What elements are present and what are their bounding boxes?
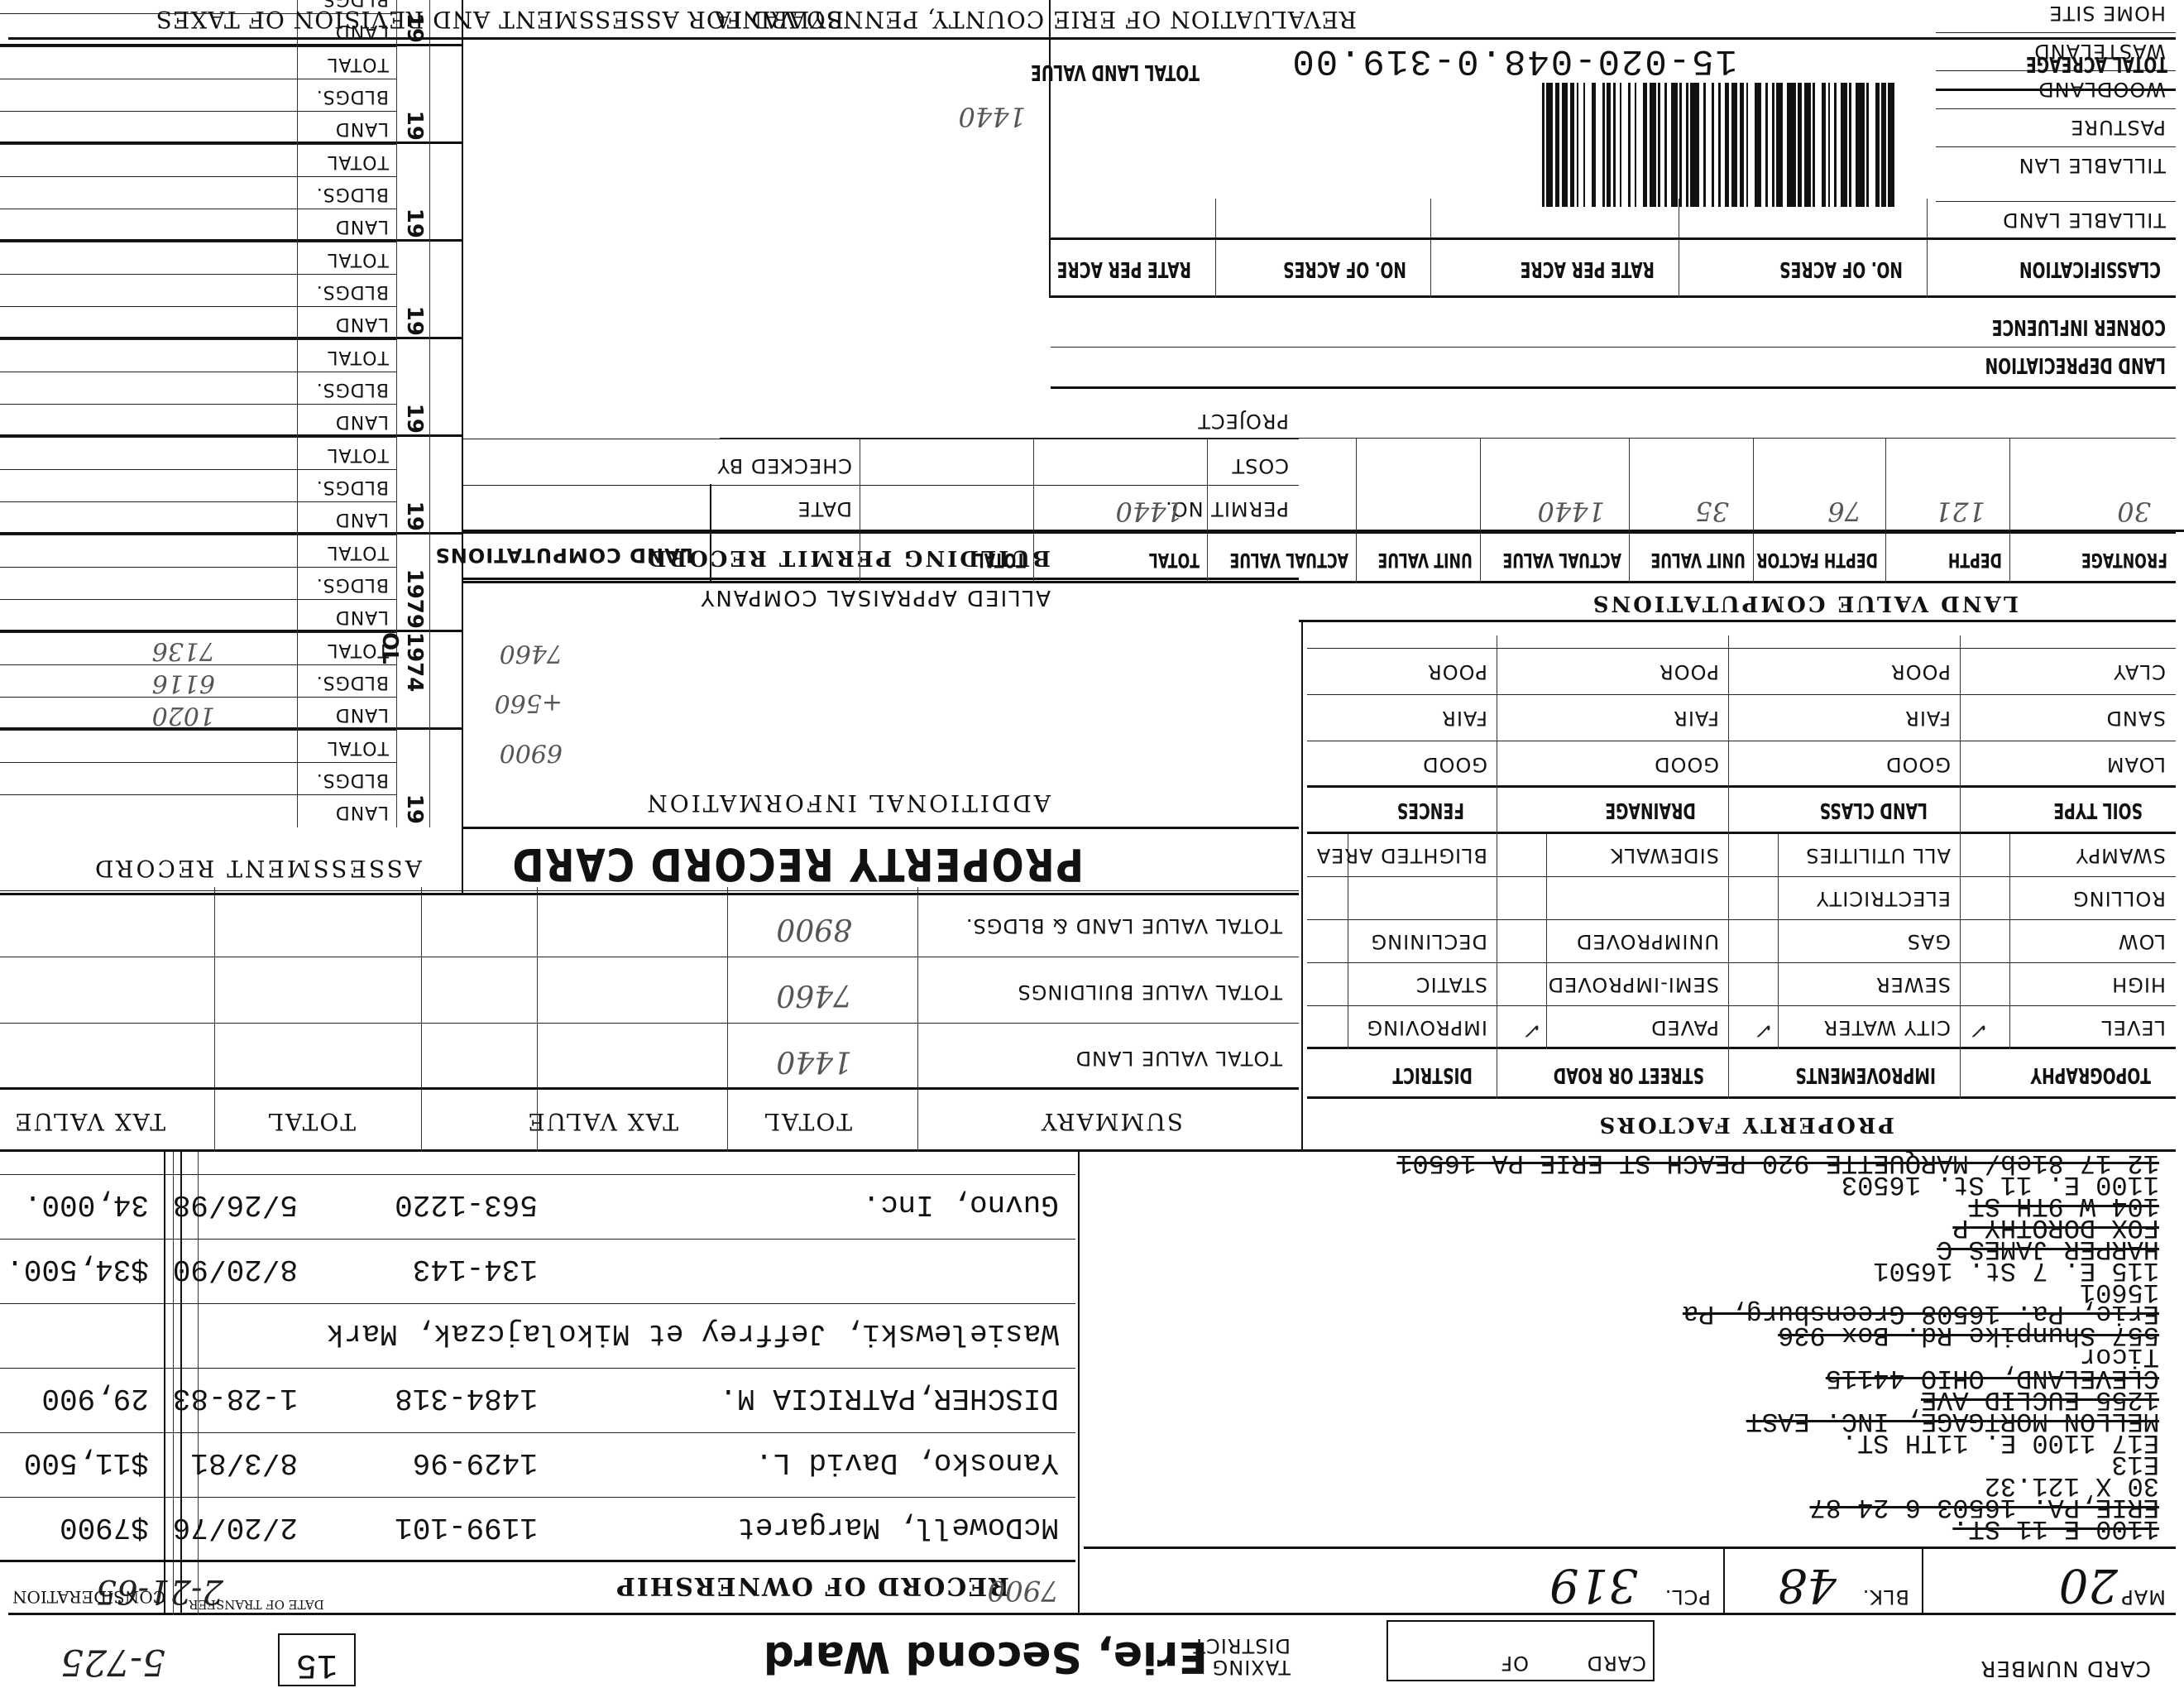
assessment-row-label: LAND <box>335 216 389 237</box>
header-board: BOARD FOR ASSESSMENT AND REVISION OF TAX… <box>156 6 844 33</box>
taxing-district-label: TAXING DISTRICT <box>1200 1635 1291 1678</box>
assessment-value[interactable]: 6116 <box>152 669 215 698</box>
lv-cell[interactable]: 1440 <box>1116 496 1183 527</box>
assessment-year: 19 <box>402 306 427 336</box>
assessment-year-block: 1979LANDBLDGS.TOTAL <box>0 535 463 632</box>
land-value-table: FRONTAGEDEPTHDEPTH FACTORUNIT VALUEACTUA… <box>463 484 2176 583</box>
consideration: $7900 <box>60 1510 149 1544</box>
consideration: 34,000. <box>24 1187 149 1221</box>
assessment-year: 19 <box>402 794 427 824</box>
owner-line: 30 X 121.32 <box>1092 1475 2159 1496</box>
land-computations-label: LAND COMPUTATIONS <box>435 544 694 567</box>
pf-option[interactable]: SEWER <box>1875 973 1951 996</box>
summary-col-header: TOTAL <box>763 1108 852 1135</box>
deed-book: 1199-101 <box>395 1510 538 1544</box>
additional-information-panel: ADDITIONAL INFORMATION 6900 +560 7460 AL… <box>463 363 1299 829</box>
lv-cell[interactable]: 30 <box>2117 496 2151 527</box>
acre-col-header: NO. OF ACRES <box>1283 257 1406 281</box>
additional-info-label: ADDITIONAL INFORMATION <box>644 789 1051 817</box>
summary-row-total: 7460 <box>776 978 852 1012</box>
assessment-row-label: LAND <box>335 314 389 334</box>
assessment-row-label: BLDGS. <box>316 379 389 400</box>
blk-field[interactable]: BLK. 48 <box>1729 1549 1919 1615</box>
soil-option[interactable]: POOR <box>1659 660 1719 683</box>
soil-col-header: SOIL TYPE <box>2053 798 2143 822</box>
pf-option[interactable]: SWAMPY <box>2076 844 2166 867</box>
lv-col-header: DEPTH FACTOR <box>1756 549 1878 572</box>
assessment-value[interactable]: 1020 <box>152 701 215 730</box>
total-land-value <box>472 0 1051 298</box>
pf-option[interactable]: ELECTRICITY <box>1816 887 1951 910</box>
map-value: 20 <box>2059 1558 2118 1612</box>
district-code-box: 15 <box>278 1633 356 1686</box>
property-factors-title: PROPERTY FACTORS <box>1597 1112 1894 1137</box>
parcel-id: 15-020-048.0-319.00 <box>1291 40 1737 81</box>
pf-option[interactable]: LOW <box>2118 930 2166 953</box>
soil-option[interactable]: CLAY <box>2113 660 2166 683</box>
pf-option[interactable]: CITY WATER <box>1823 1016 1951 1039</box>
pf-col-header: IMPROVEMENTS <box>1795 1062 1936 1087</box>
lv-cell[interactable]: 1440 <box>1538 496 1605 527</box>
pf-option[interactable]: STATIC <box>1415 973 1487 996</box>
pf-col-header: STREET OR ROAD <box>1554 1062 1704 1087</box>
pf-option[interactable]: BLIGHTED AREA <box>1316 844 1487 867</box>
acre-row-label: HOME SITE <box>2048 2 2166 25</box>
assessment-year-block: 19LANDBLDGS.TOTAL <box>0 437 463 535</box>
handwritten-code: 5-725 <box>60 1641 165 1683</box>
total-land-value-label: TOTAL LAND VALUE <box>1031 60 1200 84</box>
card-of-label: CARD <box>1587 1652 1646 1675</box>
soil-col-header: FENCES <box>1397 798 1464 822</box>
assessment-row-label: LAND <box>335 704 389 725</box>
lv-col-header: UNIT VALUE <box>1377 549 1473 572</box>
pf-option[interactable]: PAVED <box>1650 1016 1719 1039</box>
assessment-row-label: BLDGS. <box>316 574 389 595</box>
map-field[interactable]: MAP 20 <box>1928 1549 2176 1615</box>
assessment-year: 19 <box>402 209 427 238</box>
taxing-district-name: Erie, Second Ward <box>764 1632 1208 1681</box>
ownership-row: Guvno, Inc.563-12205/26/9834,000. <box>0 1175 1075 1240</box>
summary-table: SUMMARYTOTALTAX VALUETOTALTAX VALUETOTAL… <box>0 887 1299 1152</box>
permit-cost-label: COST <box>1231 454 1289 477</box>
pcl-value: 319 <box>1549 1558 1638 1612</box>
assessment-year-block: 19LANDBLDGS.TOTAL <box>0 144 463 242</box>
land-value-title: LAND VALUE COMPUTATIONS <box>1591 591 2019 616</box>
transfer-date: 1-28-83 <box>173 1381 298 1415</box>
lv-col-header: ACTUAL VALUE <box>1502 549 1621 572</box>
assessment-row-label: TOTAL <box>327 151 389 172</box>
soil-option[interactable]: GOOD <box>1885 753 1951 776</box>
pf-option[interactable]: ALL UTILITIES <box>1805 844 1951 867</box>
assessment-row-label: LAND <box>335 118 389 139</box>
total-acreage-label: TOTAL ACREAGE <box>2026 51 2167 76</box>
lv-col-header: ACTUAL VALUE <box>1229 549 1348 572</box>
acre-col-header: RATE PER ACRE <box>1057 257 1191 281</box>
assessment-row-label: BLDGS. <box>316 770 389 790</box>
deed-book: 1429-96 <box>413 1446 538 1479</box>
assessment-year-block: 19LANDBLDGS.TOTAL <box>0 46 463 144</box>
assessment-row-label: TOTAL <box>327 444 389 465</box>
assessment-row-label: LAND <box>335 509 389 530</box>
handwritten-notes: 6900 +560 7460 <box>495 628 563 777</box>
assessment-row-label: BLDGS. <box>316 184 389 204</box>
summary-row-total: 8900 <box>776 912 852 946</box>
soil-option[interactable]: SAND <box>2105 707 2166 730</box>
card-number-label: CARD NUMBER <box>1980 1657 2151 1680</box>
col-date-of-transfer: DATE OF TRANSFER <box>189 1597 323 1612</box>
check-mark-icon: ✓ <box>1971 1018 1990 1043</box>
assessment-year: 19 <box>402 501 427 531</box>
assessment-row-label: LAND <box>335 607 389 627</box>
summary-row-total: 1440 <box>776 1044 852 1078</box>
pf-option[interactable]: SIDEWALK <box>1610 844 1719 867</box>
summary-header: SUMMARYTOTALTAX VALUETOTALTAX VALUE <box>0 1090 1299 1152</box>
deed-book: 1484-318 <box>395 1381 538 1415</box>
lv-col-header: DEPTH <box>1948 549 2002 572</box>
lv-col-header: FRONTAGE <box>2081 549 2167 572</box>
assessment-record: 19LANDBLDGS.TOTAL1974 OLLAND1020BLDGS.61… <box>0 2 463 829</box>
lv-col-header: TOTAL <box>975 549 1026 572</box>
deed-book: 563-1220 <box>395 1187 538 1221</box>
card-of-box[interactable]: CARD OF <box>1387 1620 1655 1681</box>
consideration: $34,500. <box>6 1252 149 1286</box>
assessment-row-label: TOTAL <box>327 640 389 660</box>
transfer-date: 5/26/98 <box>173 1187 298 1221</box>
blk-value: 48 <box>1778 1558 1837 1612</box>
pcl-field[interactable]: PCL. 319 <box>1473 1549 1721 1615</box>
assessment-value[interactable]: 7136 <box>152 636 215 665</box>
pf-option[interactable]: UNIMPROVED <box>1576 930 1719 953</box>
pf-option[interactable]: ROLLING <box>2072 887 2166 910</box>
assessment-year-block: 19LANDBLDGS.TOTAL <box>0 730 463 827</box>
soil-option[interactable]: FAIR <box>1904 707 1951 730</box>
assessment-year: 19 <box>402 111 427 141</box>
summary-row-label: TOTAL VALUE LAND <box>1075 1047 1282 1070</box>
owner-line: 12-17-81eb/ MARQUETTE 920 PEACH ST ERIE … <box>1092 1152 2159 1173</box>
assessment-year-block: 19LANDBLDGS.TOTAL <box>0 242 463 339</box>
assessment-year-block: 19LANDBLDGS.TOTAL <box>0 339 463 437</box>
pf-option[interactable]: HIGH <box>2111 973 2166 996</box>
assessment-year-block: 1974 OLLAND1020BLDGS.6116TOTAL7136 <box>0 632 463 730</box>
ownership-title-note: 7900 <box>987 1574 1059 1607</box>
summary-row-label: TOTAL VALUE BUILDINGS <box>1018 981 1282 1004</box>
consideration: $11,500 <box>24 1446 149 1479</box>
card-of-sep: OF <box>1500 1652 1529 1675</box>
allied-appraisal-label: ALLIED APPRAISAL COMPANY <box>700 585 1051 610</box>
acre-col-header: RATE PER ACRE <box>1521 257 1655 281</box>
assessment-title: ASSESSMENT RECORD <box>93 855 422 882</box>
owner-name: Guvno, Inc. <box>862 1187 1059 1221</box>
title-band: PROPERTY RECORD CARD ASSESSMENT RECORD <box>0 829 1299 895</box>
soil-option[interactable]: FAIR <box>1441 707 1487 730</box>
consideration: 29,900 <box>41 1381 149 1415</box>
assessment-row-label: BLDGS. <box>316 86 389 107</box>
lv-cell[interactable]: 35 <box>1695 496 1729 527</box>
pf-option[interactable]: SEMI-IMPROVED <box>1548 973 1719 996</box>
summary-col-header: TOTAL <box>266 1108 356 1135</box>
assessment-row-label: TOTAL <box>327 347 389 367</box>
permit-project-label: PROJECT <box>1197 410 1289 433</box>
soil-option[interactable]: POOR <box>1890 660 1951 683</box>
transfer-date: 8/3/81 <box>190 1446 298 1479</box>
ownership-row: McDowell, Margaret1199-1012/20/76$7900 <box>0 1498 1075 1562</box>
summary-col-header: SUMMARY <box>1040 1108 1183 1135</box>
deed-book: 134-143 <box>413 1252 538 1286</box>
summary-row-label: TOTAL VALUE LAND & BLDGS. <box>965 914 1282 938</box>
pf-option[interactable]: DECLINING <box>1371 930 1487 953</box>
pf-option[interactable]: IMPROVING <box>1367 1016 1487 1039</box>
summary-col-header: TAX VALUE <box>526 1108 678 1135</box>
assessment-row-label: BLDGS. <box>316 477 389 497</box>
lv-col-header: UNIT VALUE <box>1650 549 1746 572</box>
transfer-date: 8/20/90 <box>173 1252 298 1286</box>
ownership-row: 134-1438/20/90$34,500. <box>0 1240 1075 1304</box>
property-factors: PROPERTY FACTORS TOPOGRAPHYIMPROVEMENTSS… <box>1307 622 2176 1152</box>
property-record-card: CARD NUMBER CARD OF TAXING DISTRICT Erie… <box>0 0 2184 1688</box>
parcel-barcode <box>1191 83 1894 207</box>
soil-option[interactable]: FAIR <box>1673 707 1719 730</box>
ownership-row: Wasielewski, Jeffrey et Mikolajczak, Mar… <box>0 1304 1075 1369</box>
total-land-value-hand: 1440 <box>959 101 1026 132</box>
acre-row-label: PASTURE <box>2070 116 2166 139</box>
soil-option[interactable]: POOR <box>1427 660 1487 683</box>
transfer-date: 2/20/76 <box>173 1510 298 1544</box>
card-title: PROPERTY RECORD CARD <box>511 838 1084 890</box>
assessment-row-label: TOTAL <box>327 54 389 74</box>
assessment-year: 1979 <box>402 569 427 629</box>
assessment-row-label: LAND <box>335 802 389 822</box>
summary-col-header: TAX VALUE <box>13 1108 165 1135</box>
soil-option[interactable]: LOAM <box>2106 753 2166 776</box>
classification-header: CLASSIFICATION NO. OF ACRESRATE PER ACRE… <box>1051 240 2176 298</box>
pf-option[interactable]: GAS <box>1907 930 1951 953</box>
soil-option[interactable]: GOOD <box>1654 753 1719 776</box>
assessment-row-label: BLDGS. <box>316 281 389 302</box>
lv-cell[interactable]: 76 <box>1827 496 1861 527</box>
check-mark-icon: ✓ <box>1756 1018 1774 1043</box>
ownership-table: RECORD OF OWNERSHIP 7900 2-21-65 DATE OF… <box>0 1152 1075 1615</box>
pf-option[interactable]: LEVEL <box>2101 1016 2167 1039</box>
soil-option[interactable]: GOOD <box>1422 753 1487 776</box>
assessment-row-label: TOTAL <box>327 737 389 758</box>
soil-col-header: DRAINAGE <box>1605 798 1696 822</box>
lv-cell[interactable]: 121 <box>1935 496 1985 527</box>
lv-col-header: TOTAL <box>1149 549 1200 572</box>
acre-row-label: TILLABLE LAND <box>2002 209 2166 232</box>
pf-col-header: DISTRICT <box>1392 1062 1473 1087</box>
owner-name: Wasielewski, Jeffrey et Mikolajczak, Mar… <box>326 1316 1059 1350</box>
assessment-row-label: BLDGS. <box>316 672 389 693</box>
owner-name: DISCHER,PATRICIA M. <box>720 1381 1059 1415</box>
owner-address-block: 1100 E 11 ST.ERIE,PA. 16503 6-24-8730 X … <box>1092 1150 2159 1539</box>
assessment-row-label: LAND <box>335 411 389 432</box>
check-mark-icon: ✓ <box>1525 1018 1543 1043</box>
soil-col-header: LAND CLASS <box>1820 798 1928 822</box>
ownership-title: RECORD OF OWNERSHIP <box>615 1571 1009 1600</box>
acre-row-label: TILLABLE LAN <box>2019 154 2166 177</box>
assessment-row-label: TOTAL <box>327 542 389 563</box>
col-consideration: CONSIDERATION <box>12 1587 165 1607</box>
ownership-row: Yanosko, David L.1429-968/3/81$11,500 <box>0 1433 1075 1498</box>
owner-line: Erie, Pa. 16508 Greensburg, Pa <box>1092 1302 2159 1324</box>
owner-line: CLEVELAND, OHIO 44115 <box>1092 1367 2159 1388</box>
acre-col-header: NO. OF ACRES <box>1779 257 1903 281</box>
ownership-row: DISCHER,PATRICIA M.1484-3181-28-8329,900 <box>0 1369 1075 1433</box>
checked-by-label: CHECKED BY <box>716 454 852 477</box>
assessment-row-label: TOTAL <box>327 249 389 270</box>
assessment-year: 19 <box>402 404 427 434</box>
pf-col-header: TOPOGRAPHY <box>2030 1062 2151 1087</box>
owner-name: McDowell, Margaret <box>737 1510 1059 1544</box>
owner-name: Yanosko, David L. <box>755 1446 1059 1479</box>
